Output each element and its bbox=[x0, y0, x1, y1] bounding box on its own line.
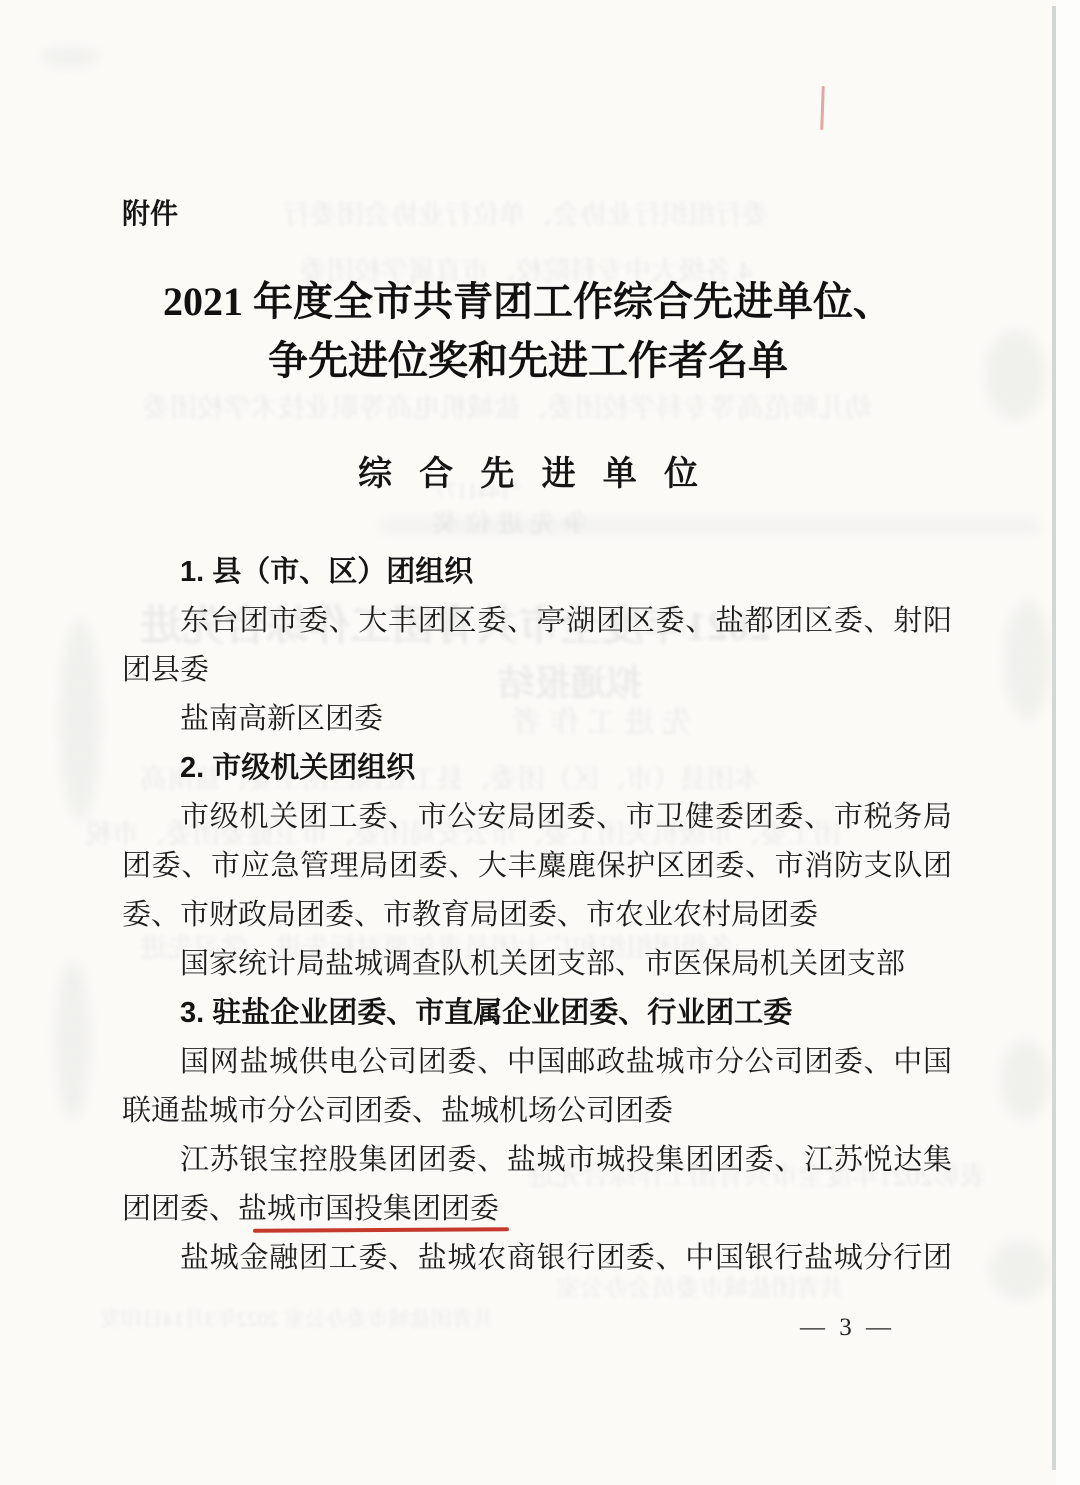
red-pen-mark bbox=[820, 86, 825, 130]
page-number: — 3 — bbox=[800, 1314, 895, 1342]
list-line: 盐城金融团工委、盐城农商银行团委、中国银行盐城分行团 bbox=[122, 1234, 952, 1283]
highlighted-unit-name: 盐城市国投集团团委 bbox=[238, 1193, 499, 1225]
scan-smudge bbox=[990, 1240, 1050, 1300]
list-heading-municipal-orgs: 2. 市级机关团组织 bbox=[122, 744, 952, 793]
document-title: 2021 年度全市共青团工作综合先进单位、 争先进位奖和先进工作者名单 bbox=[0, 272, 1056, 390]
list-line: 团委、市应急管理局团委、大丰麋鹿保护区团委、市消防支队团 bbox=[122, 842, 952, 891]
bleed-through-text: 委行组织行业协会、单位行业协会团委行 bbox=[283, 193, 769, 232]
list-line: 联通盐城市分公司团委、盐城机场公司团委 bbox=[122, 1087, 952, 1136]
list-line: 团县委 bbox=[122, 646, 952, 695]
scan-smudge bbox=[55, 960, 90, 1120]
scan-smudge bbox=[1000, 1040, 1050, 1120]
scan-smudge bbox=[1005, 600, 1050, 720]
bleed-through-text: 幼儿师范高等专科学校团委、盐城机电高等职业技术学校团委 bbox=[143, 386, 872, 425]
scanned-document-page: 委行组织行业协会、单位行业协会团委行4.各级大中专科院校、市直属学校团委幼儿师范… bbox=[0, 0, 1080, 1485]
attachment-label: 附件 bbox=[122, 192, 178, 232]
list-heading-enterprise-orgs: 3. 驻盐企业团委、市直属企业团委、行业团工委 bbox=[122, 989, 952, 1038]
list-line: 团团委、盐城市国投集团团委 bbox=[122, 1185, 952, 1234]
document-title-line2: 争先进位奖和先进工作者名单 bbox=[0, 331, 1056, 390]
list-line: 委、市财政局团委、市教育局团委、市农业农村局团委 bbox=[122, 891, 952, 940]
list-line: 市级机关团工委、市公安局团委、市卫健委团委、市税务局 bbox=[122, 793, 952, 842]
list-line: 东台团市委、大丰团区委、亭湖团区委、盐都团区委、射阳 bbox=[122, 597, 952, 646]
section-heading: 综合先进单位 bbox=[0, 446, 1056, 495]
list-heading-county-orgs: 1. 县（市、区）团组织 bbox=[122, 548, 952, 597]
scan-smudge bbox=[60, 620, 100, 820]
list-line: 国家统计局盐城调查队机关团支部、市医保局机关团支部 bbox=[122, 940, 952, 989]
scan-smudge bbox=[380, 520, 1040, 532]
bleed-through-text: 共青团盐城市委办公室 2022年3月14日印发 bbox=[100, 1303, 494, 1333]
award-list: 1. 县（市、区）团组织 东台团市委、大丰团区委、亭湖团区委、盐都团区委、射阳 … bbox=[122, 548, 952, 1283]
page-margin-right bbox=[1056, 0, 1080, 1485]
document-title-line1: 2021 年度全市共青团工作综合先进单位、 bbox=[0, 272, 1056, 331]
list-line: 国网盐城供电公司团委、中国邮政盐城市分公司团委、中国 bbox=[122, 1038, 952, 1087]
list-line-prefix: 团团委、 bbox=[122, 1193, 238, 1225]
list-line: 江苏银宝控股集团团委、盐城市城投集团团委、江苏悦达集 bbox=[122, 1136, 952, 1185]
scan-smudge bbox=[40, 48, 100, 66]
list-line: 盐南高新区团委 bbox=[122, 695, 952, 744]
page-edge-shadow bbox=[1052, 6, 1056, 1470]
